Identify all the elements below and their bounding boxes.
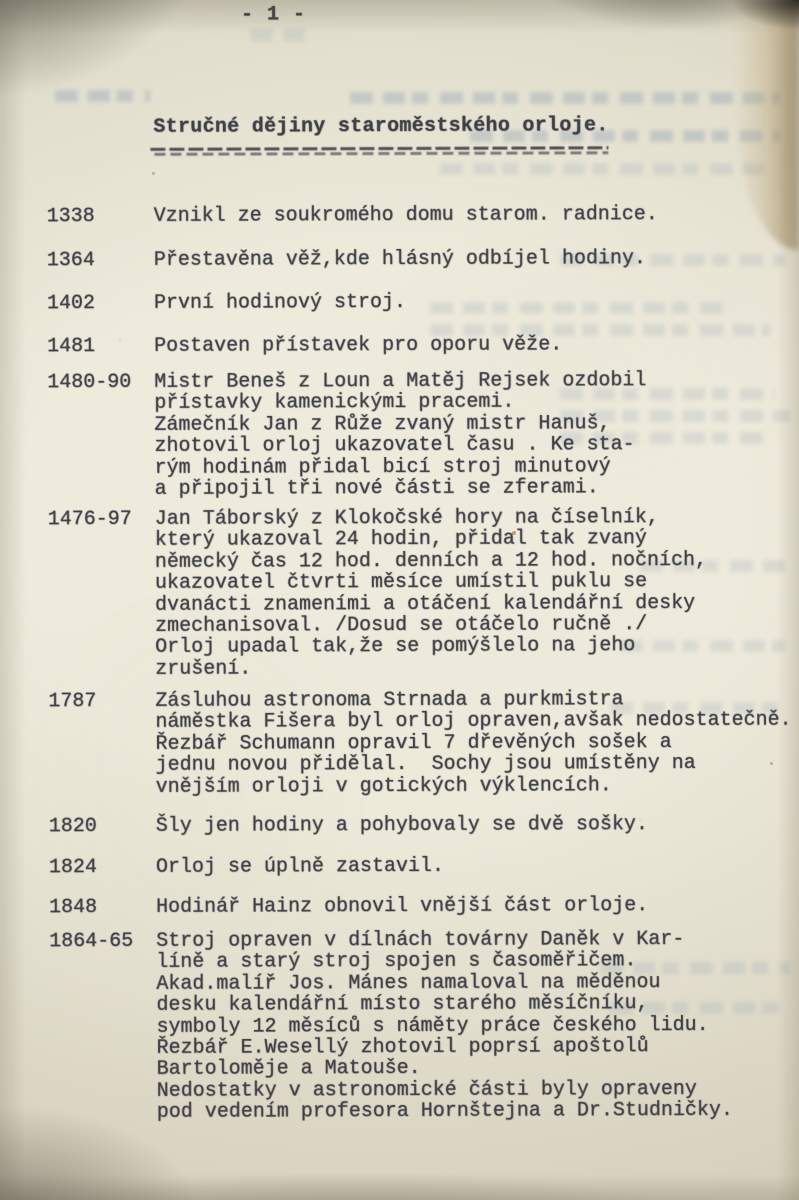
entry-text: Hodinář Hainz obnovil vnější část orloje… [156,895,648,918]
entry-text: Šly jen hodiny a pohybovaly se dvě sošky… [156,814,648,837]
entry-line: přístavky kamenickými pracemi. [154,392,646,415]
timeline-entries: 1338 Vznikl ze soukromého domu starom. r… [0,0,797,1]
timeline-entry: 1402 První hodinový stroj. [47,292,406,315]
entry-date: 1787 [48,691,155,798]
entry-text: Přestavěna věž,kde hlásný odbíjel hodiny… [154,248,646,271]
timeline-entry: 1480-90 Mistr Beneš z Loun a Matěj Rejse… [47,370,647,501]
entry-date: 1364 [47,250,154,272]
timeline-entry: 1864-65 Stroj opraven v dílnách továrny … [49,929,733,1124]
entry-text: Jan Táborský z Klokočské hory na číselní… [155,507,708,680]
entry-line: Hodinář Hainz obnovil vnější část orloje… [156,895,648,918]
entry-date: 1402 [47,293,154,315]
entry-line: Orloj se úplně zastavil. [156,856,444,878]
entry-text: Postaven přístavek pro oporu věže. [154,334,562,357]
entry-date: 1480-90 [47,372,154,501]
entry-date: 1824 [49,857,156,879]
entry-line: Stroj opraven v dílnách továrny Daněk v … [156,929,732,952]
entry-line: ukazovatel čtvrti měsíce umístil puklu s… [155,571,707,594]
entry-line: Vznikl ze soukromého domu starom. radnic… [154,204,658,227]
entry-line: desku kalendářní místo starého měsíčníku… [156,993,732,1016]
entry-line: který ukazoval 24 hodin, přidal tak zvan… [155,528,707,551]
title-underline [150,145,608,158]
timeline-entry: 1820 Šly jen hodiny a pohybovaly se dvě … [49,814,648,837]
entry-text: Zásluhou astronoma Strnada a purkmistran… [155,689,791,798]
entry-text: Orloj se úplně zastavil. [156,856,444,878]
scanned-typewritten-page: - 1 - Stručné dějiny staroměstského orlo… [0,0,799,1200]
timeline-entry: 1364 Přestavěna věž,kde hlásný odbíjel h… [47,248,646,271]
entry-date: 1820 [49,816,156,838]
entry-line: Mistr Beneš z Loun a Matěj Rejsek ozdobi… [154,370,646,393]
entry-line: zrušení. [155,657,707,680]
entry-date: 1848 [49,897,156,919]
entry-text: Vznikl ze soukromého domu starom. radnic… [154,204,658,227]
timeline-entry: 1476-97 Jan Táborský z Klokočské hory na… [48,507,708,681]
entry-line: Přestavěna věž,kde hlásný odbíjel hodiny… [154,248,646,271]
entry-date: 1864-65 [49,931,157,1124]
entry-date: 1338 [47,206,154,228]
entry-line: a připojil tři nové části se zferami. [155,477,647,500]
timeline-entry: 1481 Postaven přístavek pro oporu věže. [47,334,562,357]
entry-text: Mistr Beneš z Loun a Matěj Rejsek ozdobi… [154,370,647,500]
entry-date: 1476-97 [48,509,156,681]
timeline-entry: 1848 Hodinář Hainz obnovil vnější část o… [49,895,648,918]
entry-line: Řezbář Schumann opravil 7 dřevěných soše… [155,731,791,755]
page-number: - 1 - [241,3,306,26]
entry-line: zhotovil orloj ukazovatel času . Ke sta- [154,434,646,457]
entry-text: Stroj opraven v dílnách továrny Daněk v … [156,929,733,1124]
entry-line: vnějším orloji v gotických výklencích. [156,774,792,798]
entry-line: Orloj upadal tak,že se pomýšlelo na jeho [155,635,707,658]
entry-line: Šly jen hodiny a pohybovaly se dvě sošky… [156,814,648,837]
timeline-entry: 1824 Orloj se úplně zastavil. [49,856,444,879]
timeline-entry: 1338 Vznikl ze soukromého domu starom. r… [47,204,658,228]
entry-date: 1481 [47,336,154,358]
document-title: Stručné dějiny staroměstského orloje. [153,114,608,139]
entry-text: První hodinový stroj. [154,292,406,314]
entry-line: jednu novou přidělal. Sochy jsou umístěn… [156,753,792,777]
entry-line: Postaven přístavek pro oporu věže. [154,334,562,357]
entry-line: První hodinový stroj. [154,292,406,314]
entry-line: pod vedením profesora Hornštejna a Dr.St… [157,1100,733,1123]
entry-line: Řezbář E.Wesellý zhotovil poprsí apoštol… [157,1036,733,1059]
entry-line: náměstka Fišera byl orloj opraven,avšak … [155,710,791,734]
timeline-entry: 1787 Zásluhou astronoma Strnada a purkmi… [48,689,791,799]
